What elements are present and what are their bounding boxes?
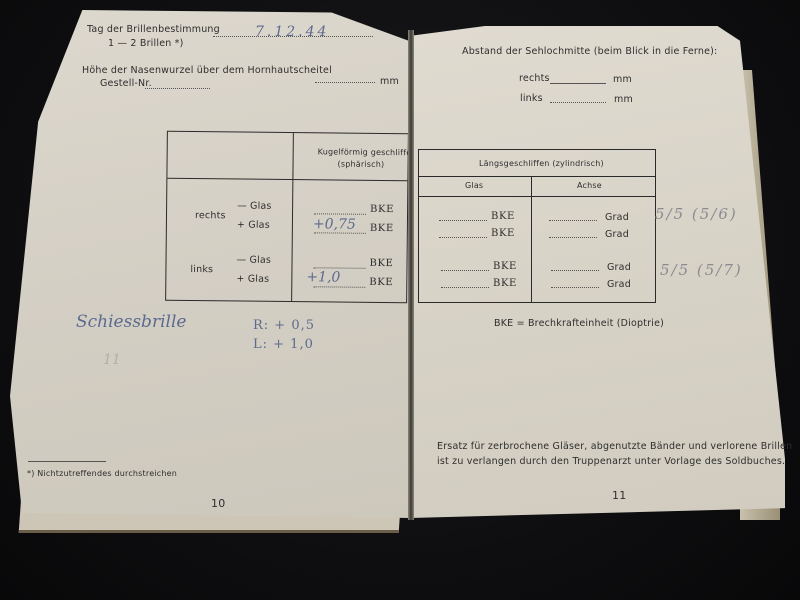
shooting-glasses-note: Schiessbrille [76,312,186,332]
left-plus-unit: BKE [369,277,393,288]
shooting-right-value: R: + 0,5 [253,318,315,333]
left-eye-label: links [190,264,213,275]
margin-note-2: 5/5 (5/7) [660,261,743,279]
table-header-divider [167,178,407,182]
cyl-glas-line-4 [441,287,489,288]
cylindrical-table: Längsgeschliffen (zylindrisch) Glas Achs… [418,149,656,303]
right-plus-lens: + Glas [237,219,270,230]
cyl-achse-unit-1: Grad [605,212,629,223]
pupil-left-label: links [520,93,543,104]
right-minus-value-line [314,213,366,215]
right-plus-unit: BKE [370,223,394,234]
cylindrical-header: Längsgeschliffen (zylindrisch) [479,159,604,168]
cyl-glas-line-3 [441,270,489,271]
date-value: 7.12.44 [255,24,329,40]
cyl-glas-unit-3: BKE [493,261,517,272]
cyl-glas-unit-2: BKE [491,228,515,239]
bridge-height-unit: mm [380,76,399,87]
cyl-achse-unit-4: Grad [607,279,631,290]
pupil-right-label: rechts [519,73,550,84]
achse-column-header: Achse [577,181,602,190]
glasses-count-label: 1 — 2 Brillen *) [108,38,184,49]
shooting-left-value: L: + 1,0 [253,337,314,352]
left-plus-value-line [313,286,365,288]
spherical-subheader: (sphärisch) [338,160,385,169]
pupil-distance-label: Abstand der Sehlochmitte (beim Blick in … [462,46,717,57]
footnote: *) Nichtzutreffendes durchstreichen [27,469,177,478]
bridge-height-line [315,82,375,83]
cyl-header-divider [419,176,655,177]
cyl-achse-unit-2: Grad [605,229,629,240]
right-minus-unit: BKE [370,204,394,215]
cyl-column-divider [531,176,532,302]
spherical-table: Kugelförmig geschliffen (sphärisch) rech… [165,131,409,304]
cyl-achse-line-3 [551,270,599,271]
right-page-number: 11 [612,489,626,502]
cyl-glas-line-1 [439,220,487,221]
pupil-left-line [550,102,606,103]
margin-note-1: 5/5 (5/6) [655,205,738,223]
cyl-achse-line-2 [549,237,597,238]
cyl-glas-line-2 [439,237,487,238]
date-label: Tag der Brillenbestimmung [87,24,220,35]
bke-legend: BKE = Brechkrafteinheit (Dioptrie) [494,318,664,329]
right-plus-value: +0,75 [313,216,356,232]
replacement-note-line2: ist zu verlangen durch den Truppenarzt u… [437,456,785,467]
pupil-right-line [550,83,606,84]
bridge-height-label: Höhe der Nasenwurzel über dem Hornhautsc… [82,65,332,76]
cyl-glas-unit-4: BKE [493,278,517,289]
left-plus-value: +1,0 [306,269,340,285]
cyl-achse-line-4 [551,287,599,288]
glas-column-header: Glas [465,181,483,190]
left-minus-unit: BKE [369,258,393,269]
frame-number-line [145,88,210,89]
replacement-note-line1: Ersatz für zerbrochene Gläser, abgenutzt… [437,441,792,452]
pupil-right-unit: mm [613,74,632,85]
right-eye-label: rechts [195,210,226,221]
right-minus-lens: — Glas [237,200,272,211]
table-divider [291,133,294,301]
cyl-subheader-divider [419,196,655,197]
cyl-glas-unit-1: BKE [491,211,515,222]
footnote-rule [28,461,106,462]
left-plus-lens: + Glas [236,273,269,284]
book-spine [408,30,414,520]
faint-pencil-mark: 11 [103,352,121,368]
left-page-number: 10 [211,497,225,510]
left-minus-lens: — Glas [236,254,271,265]
cyl-achse-unit-3: Grad [607,262,631,273]
spherical-header: Kugelförmig geschliffen [318,147,417,157]
cyl-achse-line-1 [549,220,597,221]
pupil-left-unit: mm [614,94,633,105]
